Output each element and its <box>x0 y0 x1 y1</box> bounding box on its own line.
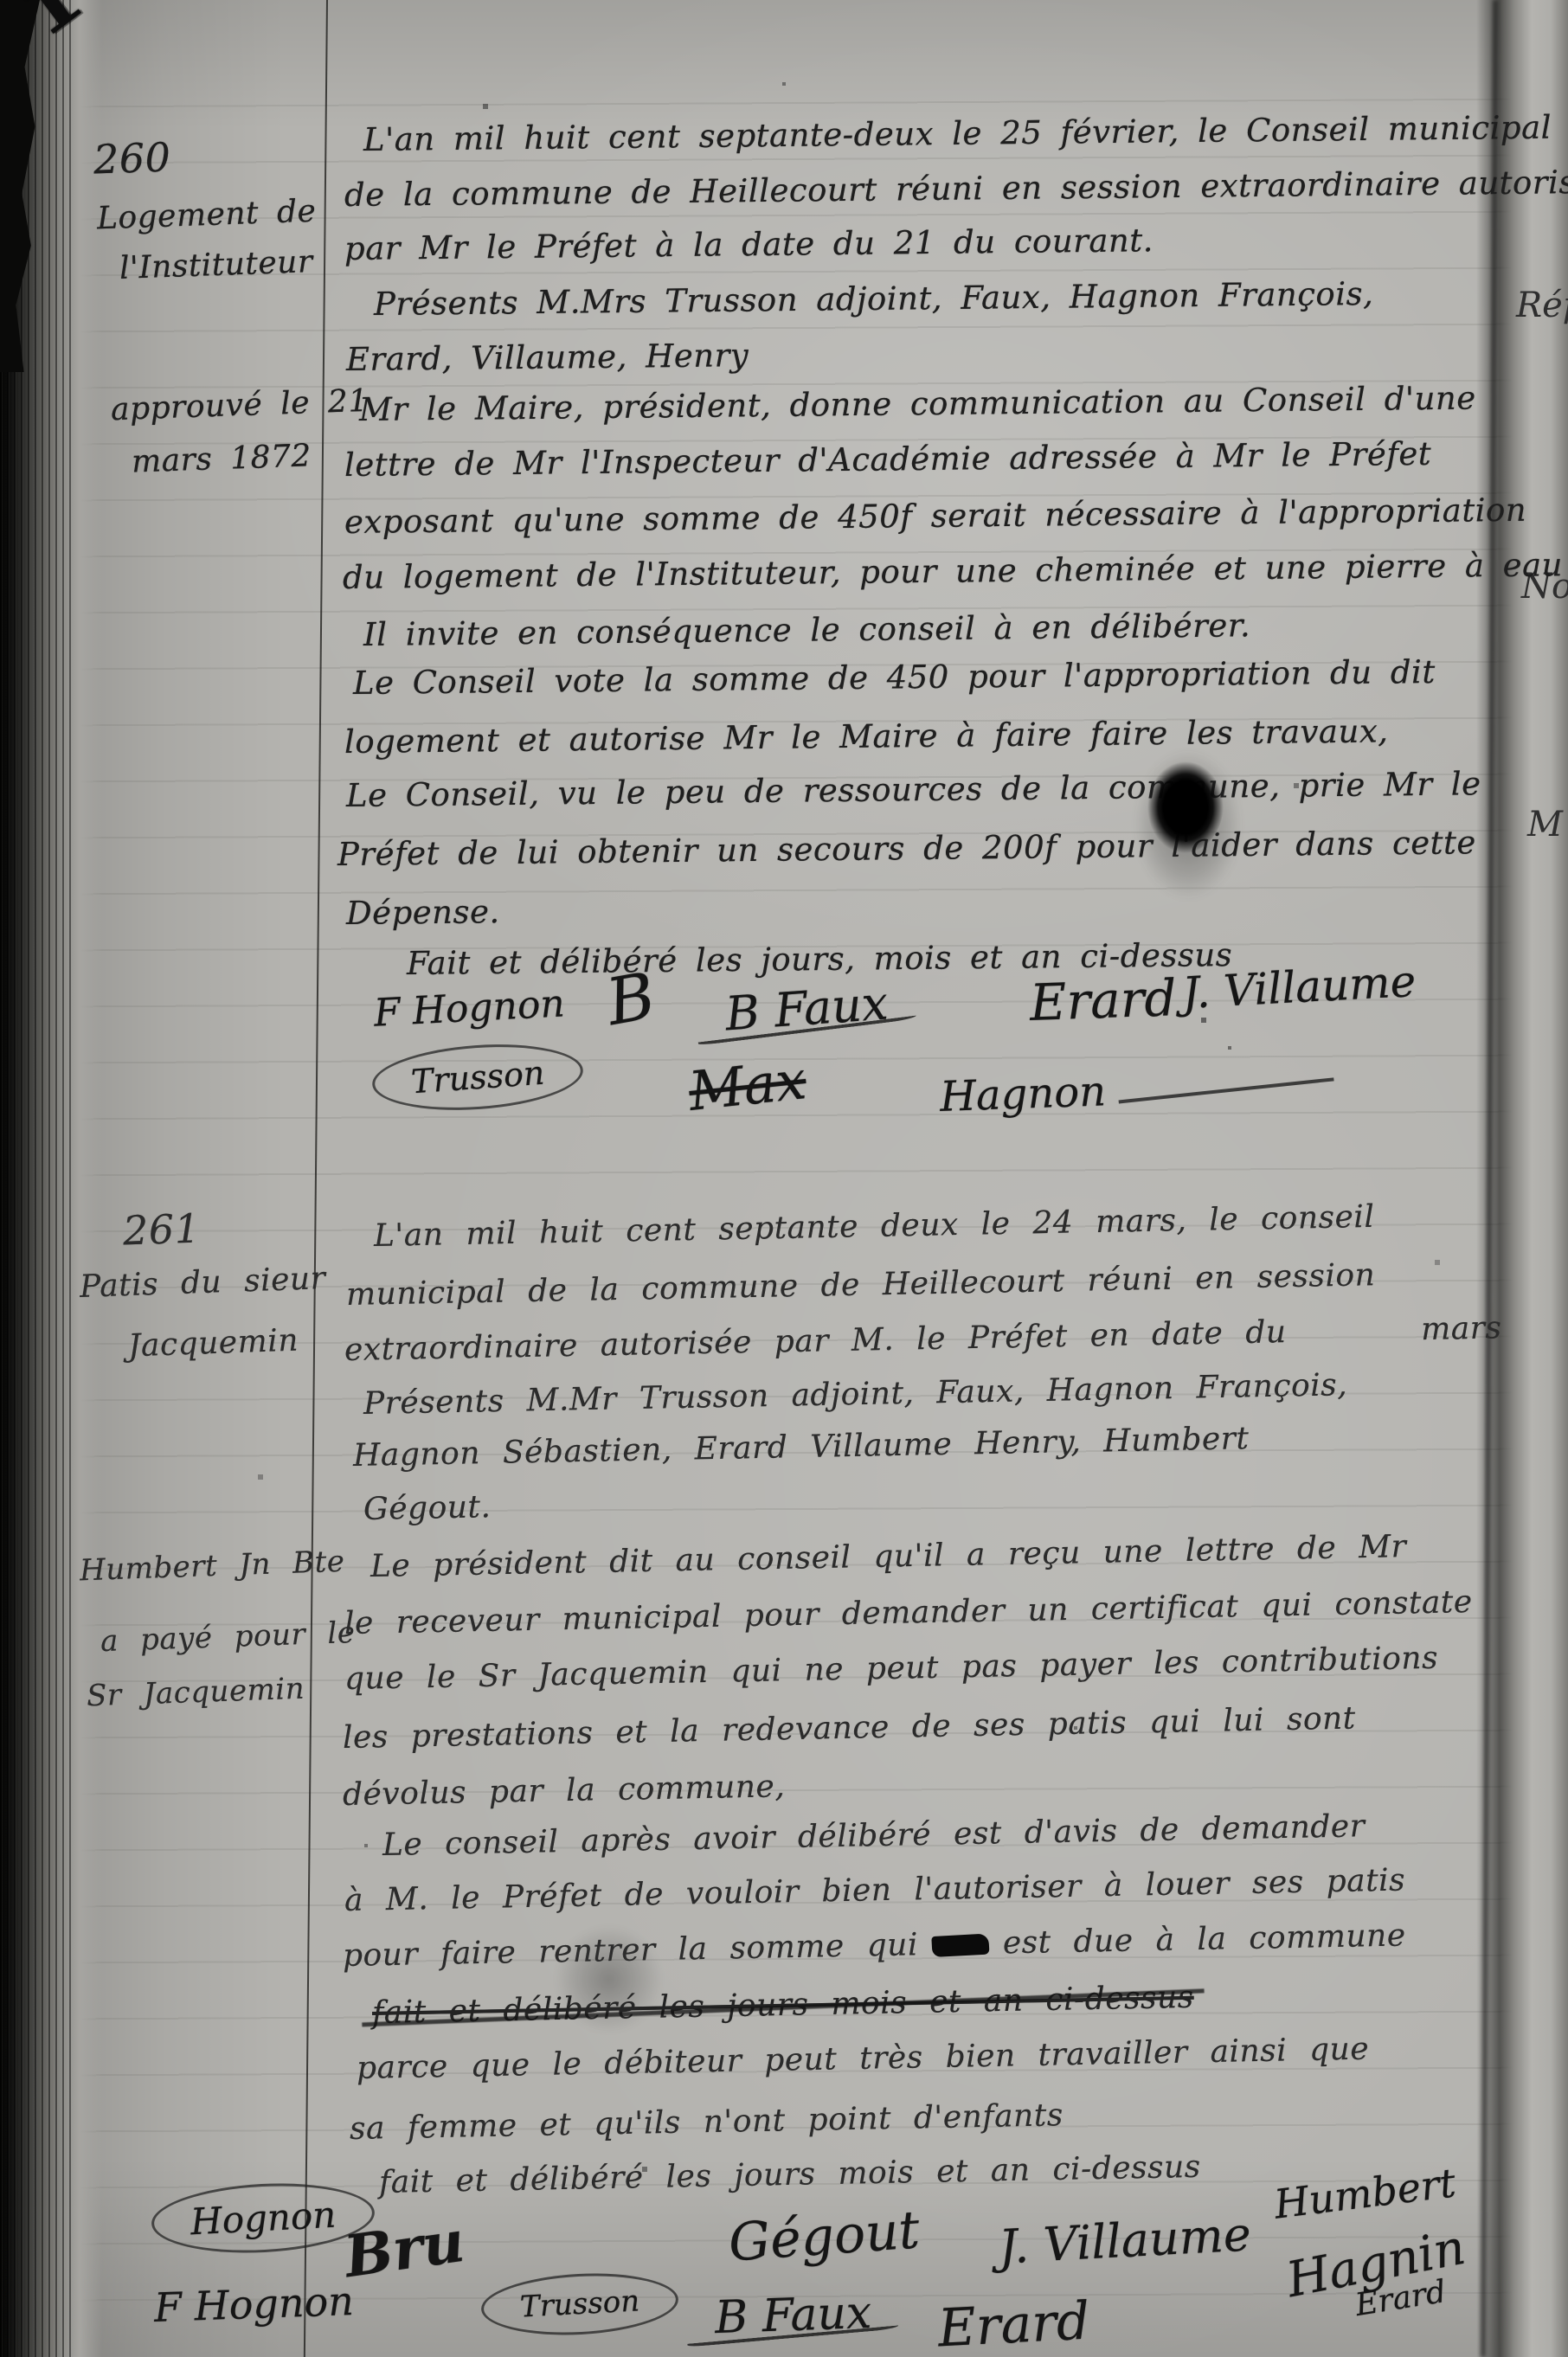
record-number-261: 261 <box>122 1204 201 1254</box>
ink-redaction-mark <box>931 1934 989 1958</box>
signature: Erard <box>1029 968 1178 1032</box>
ink-smudge <box>550 1921 667 2038</box>
text-line: Erard, Villaume, Henry <box>346 337 749 378</box>
page-edge <box>1476 0 1568 2357</box>
record-number-260: 260 <box>93 133 171 183</box>
ink-blot <box>1135 753 1265 934</box>
adjacent-page-text-fragment: M <box>1527 805 1563 845</box>
signature-scrawl: Max <box>686 1048 809 1123</box>
adjacent-page-text-fragment: Rép <box>1516 286 1568 325</box>
ink-specks <box>0 0 2 2</box>
text-line: Gégout. <box>363 1489 492 1527</box>
text-line: Dépense. <box>346 893 500 932</box>
signature: Erard <box>936 2290 1091 2357</box>
margin-title-line: Jacquemin <box>127 1323 299 1365</box>
signature: F Hognon <box>153 2277 354 2331</box>
signature: B Faux <box>714 2287 872 2341</box>
register-page-scan: 180 Rép Not M 260 Logement de l'Institut… <box>0 0 1568 2357</box>
signature: B Faux <box>723 976 890 1038</box>
margin-approval-note: mars 1872 <box>131 438 312 479</box>
margin-title-line: l'Instituteur <box>119 244 313 286</box>
